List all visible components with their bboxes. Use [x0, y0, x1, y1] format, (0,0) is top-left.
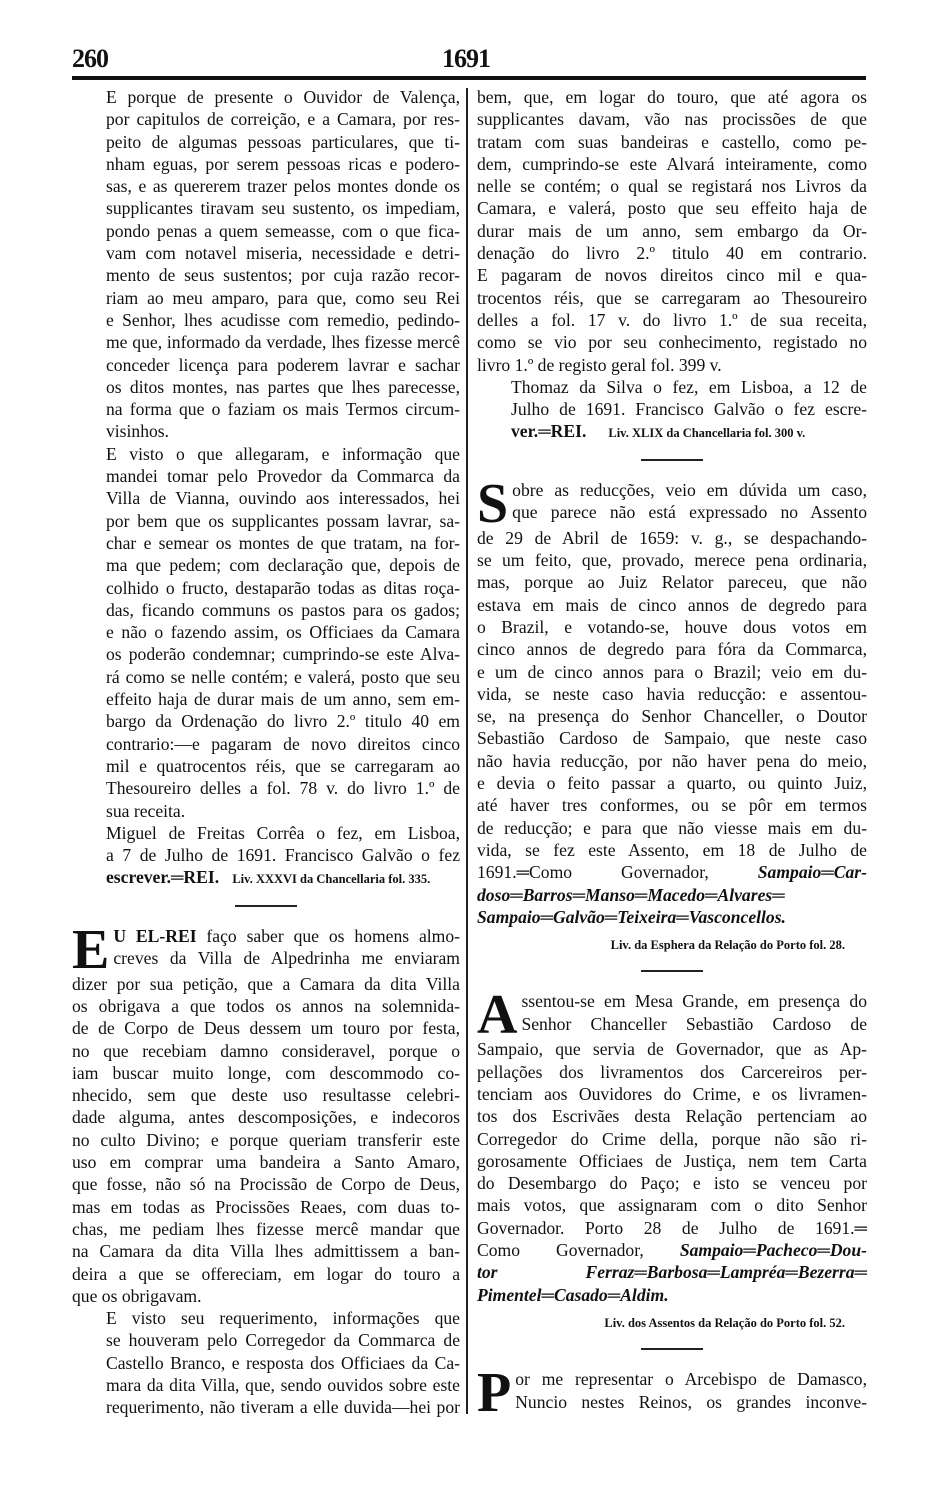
text-line: se, na presença do Senhor Chanceller, o … — [477, 705, 867, 727]
text-line: sua receita. — [72, 800, 460, 822]
text-line: Villa de Vianna, ouvindo aos interessado… — [72, 487, 460, 509]
text-line: deira a que se offereciam, em logar do t… — [72, 1263, 460, 1285]
text-line: E pagaram de novos direitos cinco mil e … — [477, 264, 867, 286]
text-line: das, ficando communs os pastos para os g… — [72, 599, 460, 621]
text-line: tratam com suas bandeiras e castello, co… — [477, 131, 867, 153]
text-line: a 7 de Julho de 1691. Francisco Galvão o… — [72, 844, 460, 866]
page-header: 260 1691 — [72, 44, 864, 78]
text-line: que os obrigavam. — [72, 1285, 460, 1307]
section-separator — [641, 970, 703, 972]
text-line: mil e quatrocentos réis, que se carregar… — [72, 755, 460, 777]
text-line: estava em mais de cinco annos de degredo… — [477, 594, 867, 616]
source-citation: Liv. XXXVI da Chancellaria fol. 335. — [232, 872, 430, 886]
text-line: os ditos montes, nas partes que lhes par… — [72, 376, 460, 398]
signature-names: tor Ferraz═Barbosa═Lampréa═Bezerra═ — [477, 1262, 867, 1282]
text-line: Castello Branco, e resposta dos Officiae… — [72, 1352, 460, 1374]
text-line: creves da Villa de Alpedrinha me enviara… — [72, 947, 460, 969]
text-fragment: 1691.═Como Governador, — [477, 862, 758, 882]
text-line: vida, se neste caso havia reducção: e as… — [477, 683, 867, 705]
signature-line: escrever.═REI. Liv. XXXVI da Chancellari… — [72, 866, 460, 890]
text-line: na forma que o faziam os mais Termos cir… — [72, 398, 460, 420]
text-line: na Camara da dita Villa lhes admittissem… — [72, 1240, 460, 1262]
page-number: 260 — [72, 44, 108, 74]
drop-cap-A: A — [477, 992, 517, 1038]
text-line: os poderão condemnar; cumprindo-se este … — [72, 643, 460, 665]
text-line: Thesoureiro delles a fol. 78 v. do livro… — [72, 777, 460, 799]
signatures-line: Sampaio═Galvão═Teixeira═Vasconcellos. — [477, 906, 867, 928]
text-line: mais votos, que assignaram com o dito Se… — [477, 1194, 867, 1216]
text-line: livro 1.º de registo geral fol. 399 v. — [477, 354, 867, 376]
text-line: não havia reducção, por não haver pena d… — [477, 750, 867, 772]
text-line: denação do livro 2.º titulo 40 em contra… — [477, 242, 867, 264]
text-line: no culto Divino; e porque queriam transf… — [72, 1129, 460, 1151]
text-line: Miguel de Freitas Corrêa o fez, em Lisbo… — [72, 822, 460, 844]
text-line: mandei tomar pelo Provedor da Commarca d… — [72, 465, 460, 487]
text-line: char e semear os montes de que tratam, n… — [72, 532, 460, 554]
text-line: o Brazil, e votando-se, houve dous votos… — [477, 616, 867, 638]
text-line: colhido o fructo, destaparão todas as di… — [72, 577, 460, 599]
text-line: até haver tres conformes, ou se pôr em t… — [477, 794, 867, 816]
text-line: e Senhor, lhes acudisse com remedio, ped… — [72, 309, 460, 331]
text-line: mento de seus sustentos; por cuja razão … — [72, 264, 460, 286]
drop-cap-P: P — [477, 1370, 511, 1416]
paragraph-ouvidor-valenca: E porque de presente o Ouvidor de Valenç… — [72, 86, 460, 443]
text-line: por bem que os supplicantes possam lavra… — [72, 510, 460, 532]
text-line: requerimento, não tiveram a elle duvida—… — [72, 1396, 460, 1418]
text-line: iam buscar muito longe, com descommodo c… — [72, 1062, 460, 1084]
source-citation: Liv. XLIX da Chancellaria fol. 300 v. — [608, 426, 805, 440]
text-line: E porque de presente o Ouvidor de Valenç… — [72, 86, 460, 108]
text-line: trocentos réis, que se carregaram ao The… — [477, 287, 867, 309]
text-line: vida, se fez este Assento, em 18 de Julh… — [477, 839, 867, 861]
paragraph-signature-thomaz: Thomaz da Silva o fez, em Lisboa, a 12 d… — [477, 376, 867, 445]
text-line: mas, porque ao Juiz Relator pareceu, que… — [477, 571, 867, 593]
signature-names: Sampaio═Car- — [758, 862, 867, 882]
text-line: peito de algumas pessoas particulares, q… — [72, 131, 460, 153]
right-column: bem, que, em logar do touro, que até ago… — [477, 86, 867, 1416]
text-line: Thomaz da Silva o fez, em Lisboa, a 12 d… — [477, 376, 867, 398]
text-line: Sebastião Cardoso de Sampaio, que neste … — [477, 727, 867, 749]
text-line: que parece não está expressado no Assent… — [477, 501, 867, 523]
text-line: durar mais de um anno, sem embargo da Or… — [477, 220, 867, 242]
signatures-line: 1691.═Como Governador, Sampaio═Car- — [477, 861, 867, 883]
text-line: Julho de 1691. Francisco Galvão o fez es… — [477, 398, 867, 420]
text-line: no que recebiam damno consideravel, porq… — [72, 1040, 460, 1062]
text-line: bargo da Ordenação do livro 2.º titulo 4… — [72, 710, 460, 732]
text-line: conceder licença para poderem lavrar e s… — [72, 354, 460, 376]
signatures-line: Como Governador, Sampaio═Pacheco═Dou- — [477, 1239, 867, 1261]
signature-rei: ver.═REI. — [511, 421, 586, 441]
source-citation: Liv. dos Assentos da Relação do Porto fo… — [477, 1312, 867, 1334]
running-title-year: 1691 — [442, 44, 490, 74]
text-line: dade alguma, antes descomposições, e ind… — [72, 1106, 460, 1128]
text-fragment: faço saber que os homens almo- — [197, 926, 460, 946]
alvara-arcebispo-damasco: P or me representar o Arcebispo de Damas… — [477, 1368, 867, 1413]
text-line: tenciam aos Ouvidores do Crime, e os liv… — [477, 1083, 867, 1105]
text-line: uso em comprar uma bandeira a Santo Amar… — [72, 1151, 460, 1173]
signature-names: Sampaio═Galvão═Teixeira═Vasconcellos. — [477, 907, 786, 927]
source-citation: Liv. da Esphera da Relação do Porto fol.… — [477, 934, 867, 956]
section-separator — [235, 905, 297, 907]
text-line: vam com notavel miseria, necessidade e d… — [72, 242, 460, 264]
section-separator — [641, 459, 703, 461]
signatures-line: doso═Barros═Manso═Macedo═Alvares═ — [477, 884, 867, 906]
text-line: bem, que, em logar do touro, que até ago… — [477, 86, 867, 108]
assento-reduccoes: S obre as reducções, veio em dúvida um c… — [477, 479, 867, 957]
text-line: U EL-REI faço saber que os homens almo- — [72, 925, 460, 947]
text-line: riam ao meu amparo, para que, como seu R… — [72, 287, 460, 309]
section-separator — [641, 1348, 703, 1350]
signature-names: doso═Barros═Manso═Macedo═Alvares═ — [477, 885, 785, 905]
text-line: se houveram pelo Corregedor da Commarca … — [72, 1329, 460, 1351]
text-line: nhecido, sem que deste uso resultasse ce… — [72, 1084, 460, 1106]
text-line: contrario:—e pagaram de novo direitos ci… — [72, 733, 460, 755]
text-line: de de Corpo de Deus dessem um touro por … — [72, 1017, 460, 1039]
text-line: supplicantes tiravam seu sustento, os im… — [72, 197, 460, 219]
text-line: Governador. Porto 28 de Julho de 1691.═ — [477, 1217, 867, 1239]
text-line: mas em todas as Procissões Reaes, com du… — [72, 1196, 460, 1218]
paragraph-signature-miguel: Miguel de Freitas Corrêa o fez, em Lisbo… — [72, 822, 460, 891]
text-line: gorosamente Officiaes de Justiça, nem te… — [477, 1150, 867, 1172]
text-line: pondo penas a quem semeasse, com o que f… — [72, 220, 460, 242]
text-line: dizer por sua petição, que a Camara da d… — [72, 973, 460, 995]
text-line: Camara, e valerá, posto que seu effeito … — [477, 197, 867, 219]
text-line: pellações dos livramentos dos Carcereiro… — [477, 1061, 867, 1083]
text-line: delles a fol. 17 v. do livro 1.º de sua … — [477, 309, 867, 331]
text-line: E visto seu requerimento, informações qu… — [72, 1307, 460, 1329]
text-line: E visto o que allegaram, e informação qu… — [72, 443, 460, 465]
text-line: supplicantes davam, vão nas procissões d… — [477, 108, 867, 130]
text-line: visinhos. — [72, 420, 460, 442]
text-line: tos dos Escrivães desta Relação pertenci… — [477, 1105, 867, 1127]
text-line: mara da dita Villa, que, sendo ouvidos s… — [72, 1374, 460, 1396]
assento-mesa-grande: A ssentou-se em Mesa Grande, em presença… — [477, 990, 867, 1334]
text-line: de 29 de Abril de 1659: v. g., se despac… — [477, 527, 867, 549]
text-line: ma que pedem; com declaração que, depois… — [72, 554, 460, 576]
column-divider — [466, 88, 468, 1414]
signatures-line: Pimentel═Casado═Aldim. — [477, 1284, 867, 1306]
text-fragment: Como Governador, — [477, 1240, 680, 1260]
text-line: chas, me pediam lhes fizesse mercê manda… — [72, 1218, 460, 1240]
text-line: ssentou-se em Mesa Grande, em presença d… — [477, 990, 867, 1012]
signature-line: ver.═REI. Liv. XLIX da Chancellaria fol.… — [477, 420, 867, 444]
text-line: Senhor Chanceller Sebastião Cardoso de — [477, 1013, 867, 1035]
paragraph-visto-allegaram: E visto o que allegaram, e informação qu… — [72, 443, 460, 822]
text-line: do Desembargo do Paço; e isto se venceu … — [477, 1172, 867, 1194]
text-line: os obrigava a que todos os annos na sole… — [72, 995, 460, 1017]
text-line: e devia o feito passar a quarto, ou quin… — [477, 772, 867, 794]
paragraph-continuation: bem, que, em logar do touro, que até ago… — [477, 86, 867, 376]
alvara-alpedrinha: E U EL-REI faço saber que os homens almo… — [72, 925, 460, 1307]
text-line: cinco annos de degredo para fóra da Comm… — [477, 638, 867, 660]
drop-cap-S: S — [477, 481, 508, 527]
left-column: E porque de presente o Ouvidor de Valenç… — [72, 86, 460, 1419]
text-line: de reducção; e para que não viesse mais … — [477, 817, 867, 839]
text-line: Sampaio, que servia de Governador, que a… — [477, 1038, 867, 1060]
text-line: se um feito, que, provado, merece pena o… — [477, 549, 867, 571]
text-line: Nuncio nestes Reinos, os grandes inconve… — [477, 1391, 867, 1413]
text-line: effeito haja de durar mais de um anno, s… — [72, 688, 460, 710]
text-line: me que, informado da verdade, lhes fizes… — [72, 331, 460, 353]
text-line: e não o fazendo assim, os Officiaes da C… — [72, 621, 460, 643]
text-line: e um de cinco annos para o Brazil; veio … — [477, 661, 867, 683]
signature-names: Sampaio═Pacheco═Dou- — [680, 1240, 867, 1260]
text-line: rá como se nelle contém; e valerá, posto… — [72, 666, 460, 688]
text-line: Corregedor do Crime della, porque não sã… — [477, 1128, 867, 1150]
text-line: por capitulos de correição, e a Camara, … — [72, 108, 460, 130]
text-line: nelle se contém; o qual se registará nos… — [477, 175, 867, 197]
text-line: sas, e as quererem trazer pelos montes d… — [72, 175, 460, 197]
drop-cap-E: E — [72, 927, 109, 973]
signatures-line: tor Ferraz═Barbosa═Lampréa═Bezerra═ — [477, 1261, 867, 1283]
text-line: dem, cumprindo-se este Alvará inteiramen… — [477, 153, 867, 175]
heading-eu-el-rei: U EL-REI — [113, 926, 196, 946]
text-line: que fosse, não só na Procissão de Corpo … — [72, 1173, 460, 1195]
text-line: or me representar o Arcebispo de Damasco… — [477, 1368, 867, 1390]
text-line: obre as reducções, veio em dúvida um cas… — [477, 479, 867, 501]
signature-names: Pimentel═Casado═Aldim. — [477, 1285, 669, 1305]
header-rule — [72, 76, 866, 80]
text-line: nham eguas, por serem pessoas ricas e po… — [72, 153, 460, 175]
text-line: como se vio por seu conhecimento, regist… — [477, 331, 867, 353]
paragraph-visto-requerimento: E visto seu requerimento, informações qu… — [72, 1307, 460, 1418]
signature-rei: escrever.═REI. — [106, 867, 219, 887]
